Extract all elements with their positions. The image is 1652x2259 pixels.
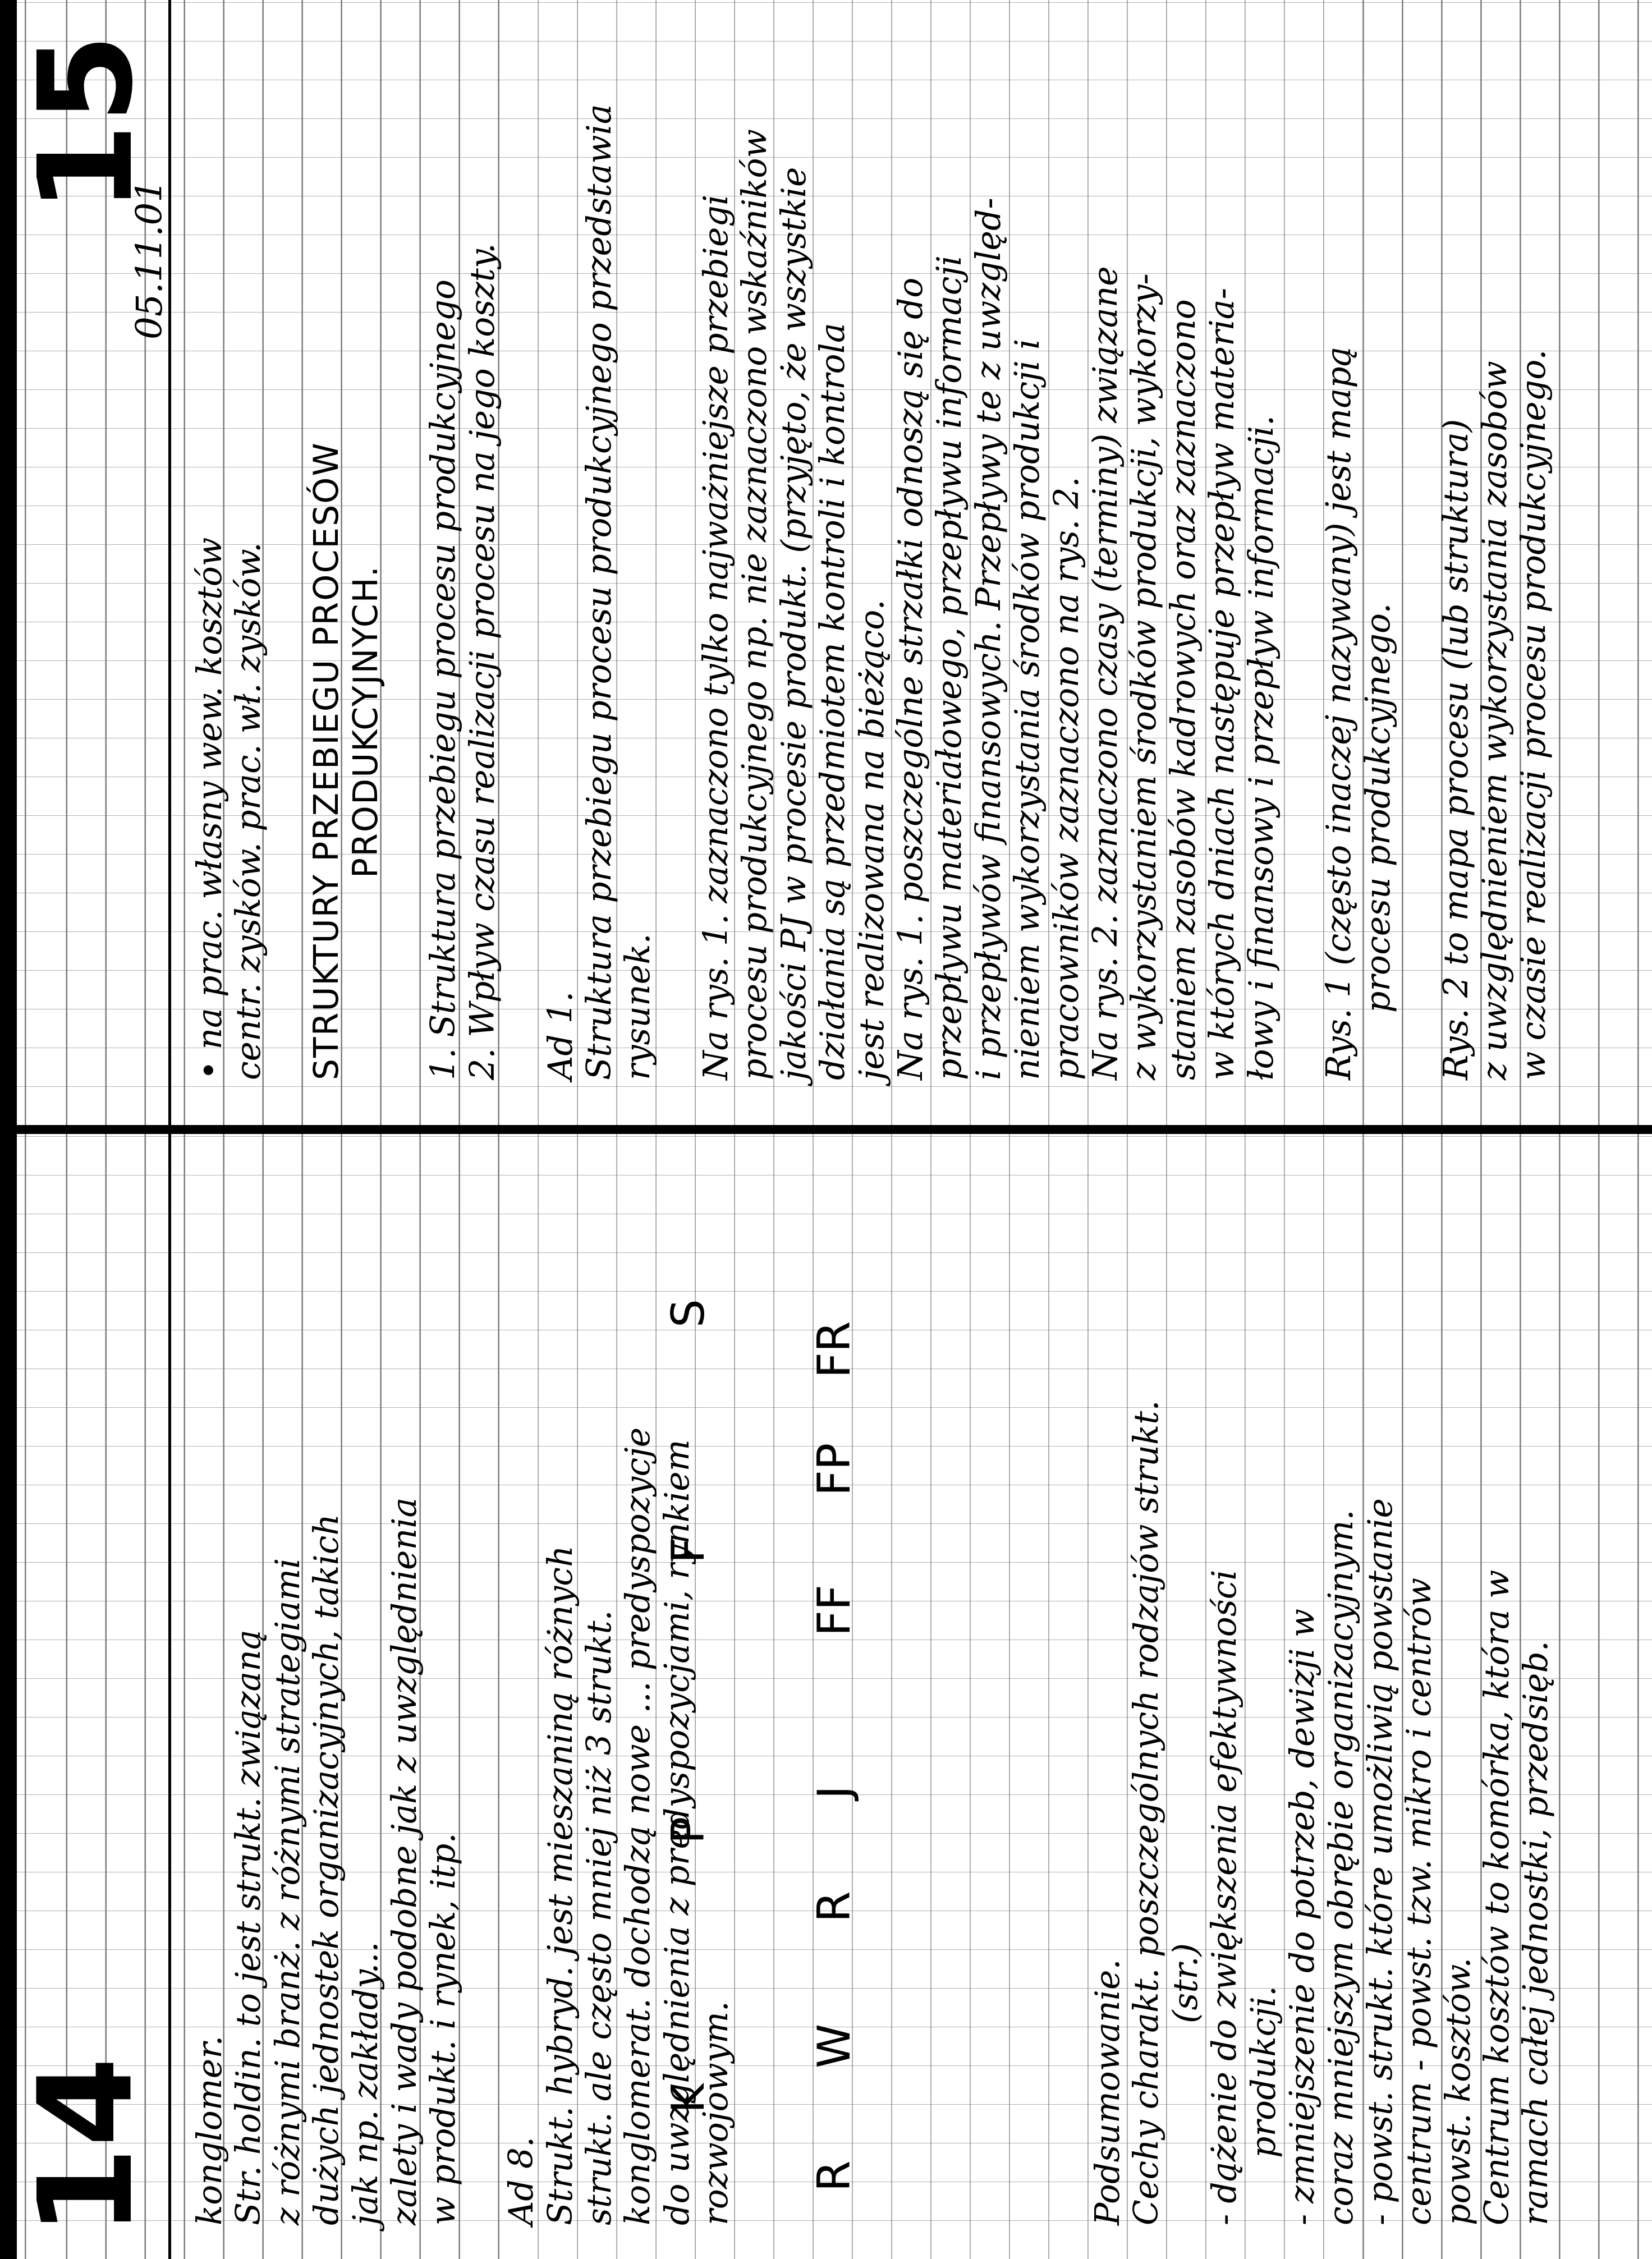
text-line: Rys. 1 (często inaczej nazywany) jest ma… — [1320, 104, 1359, 1080]
text-line: w produkt. i rynek, itp. — [424, 1427, 463, 2225]
text-line: Na rys. 1. poszczególne strzałki odnoszą… — [892, 104, 930, 1080]
letter: FF — [808, 1585, 860, 1636]
section-title: PRODUKCYJNYCH. — [347, 104, 386, 1080]
text-line: Strukt. hybryd. jest mieszaniną różnych — [542, 1427, 580, 2225]
text-line: z różnymi branż. z różnymi strategiami — [269, 1427, 308, 2225]
header-rule — [168, 1134, 171, 2259]
text-line: i przepływów finansowych. Przepływy te z… — [970, 104, 1008, 1080]
text-line: staniem zasobów kadrowych oraz zaznaczon… — [1164, 104, 1203, 1080]
text-line: centr. zysków. prac. wł. zysków. — [230, 104, 268, 1080]
text-line: z wykorzystaniem środków produkcji, wyko… — [1125, 104, 1164, 1080]
summary-heading: Podsumowanie. — [1089, 1401, 1127, 2225]
text-line: produkcji. — [1245, 1401, 1283, 2225]
letter: FR — [808, 1321, 860, 1378]
text-line: (str.) — [1167, 1401, 1205, 2225]
text-line: - zmniejszenie do potrzeb, dewizji w — [1283, 1401, 1322, 2225]
text-line: łowy i finansowy i przepływ informacji. — [1242, 104, 1281, 1080]
text-line: Na rys. 1. zaznaczono tylko najważniejsz… — [697, 104, 736, 1080]
text-line: jest realizowana na bieżąco. — [853, 104, 892, 1080]
text-line: procesu produkcyjnego np. nie zaznaczono… — [736, 104, 774, 1080]
text-line: jakości PJ w procesie produkt. (przyjęto… — [775, 104, 814, 1080]
text-line: w czasie realizacji procesu produkcyjneg… — [1515, 104, 1553, 1080]
text-line: - powst. strukt. które umożliwią powstan… — [1361, 1401, 1400, 2225]
addendum-label: Ad 8. — [502, 1427, 541, 2225]
letter: P — [662, 1817, 714, 1844]
text-line: dużych jednostek organizacyjnych, takich — [308, 1427, 346, 2225]
section-title: STRUKTURY PRZEBIEGU PROCESÓW — [308, 104, 346, 1080]
letter: F — [662, 1537, 714, 1563]
text-line: powst. kosztów. — [1439, 1401, 1478, 2225]
list-item: 2. Wpływ czasu realizacji procesu na jeg… — [464, 104, 502, 1080]
page-number: 14 — [22, 2057, 152, 2237]
text-line: konglomerat. dochodzą nowe ... predyspoz… — [619, 1427, 658, 2225]
text-line: konglomer. — [191, 1427, 230, 2225]
text-block-main: • na prac. własny wew. kosztów centr. zy… — [191, 104, 1554, 1080]
text-line: Str. holdin. to jest strukt. związaną — [230, 1427, 268, 2225]
letter: R — [808, 2160, 860, 2192]
text-line: coraz mniejszym obrębie organizacyjnym. — [1322, 1401, 1361, 2225]
ad-label: Ad 1. — [542, 104, 580, 1080]
page-14: 14 konglomer. Str. holdin. to jest struk… — [0, 1134, 1652, 2259]
letter: S — [662, 1299, 714, 1328]
text-block-konglomerat: konglomer. Str. holdin. to jest strukt. … — [191, 1427, 736, 2225]
text-block-summary: Podsumowanie. Cechy charakt. poszczególn… — [1089, 1401, 1556, 2225]
letter: FP — [808, 1443, 860, 1496]
text-line: jak np. zakłady... — [347, 1427, 386, 2225]
date: 05.11.01 — [129, 180, 171, 339]
letter: W — [808, 2024, 860, 2068]
text-line: Rys. 2 to mapa procesu (lub struktura) — [1437, 104, 1476, 1080]
text-line: nieniem wykorzystania środków produkcji … — [1008, 104, 1047, 1080]
text-line: z uwzględnieniem wykorzystania zasobów — [1476, 104, 1515, 1080]
binding-gutter — [0, 1125, 1652, 1134]
notebook-spread: 14 konglomer. Str. holdin. to jest struk… — [0, 0, 1652, 2259]
text-line: procesu produkcyjnego. — [1359, 104, 1398, 1080]
text-line: centrum - powst. tzw. mikro i centrów — [1400, 1401, 1439, 2225]
text-line: w których dniach następuje przepływ mate… — [1203, 104, 1242, 1080]
text-line: rysunek. — [619, 104, 658, 1080]
text-line: strukt. ale często mniej niż 3 strukt. — [580, 1427, 619, 2225]
letter: R — [808, 1891, 860, 1922]
text-line: - dążenie do zwiększenia efektywności — [1205, 1401, 1244, 2225]
text-line: przepływu materiałowego, przepływu infor… — [930, 104, 969, 1080]
text-line: działania są przedmiotem kontroli i kont… — [814, 104, 852, 1080]
list-item: 1. Struktura przebiegu procesu produkcyj… — [424, 104, 463, 1080]
header-rule — [168, 0, 171, 1125]
text-line: zalety i wady podobne jak z uwzględnieni… — [386, 1427, 424, 2225]
text-line: pracowników zaznaczono na rys. 2. — [1048, 104, 1086, 1080]
letter: J — [808, 1785, 860, 1799]
text-line: ramach całej jednostki, przedsięb. — [1517, 1401, 1555, 2225]
letter: K — [662, 2084, 714, 2113]
text-line: Struktura przebiegu procesu produkcyjneg… — [580, 104, 619, 1080]
text-line: Na rys. 2. zaznaczono czasy (terminy) zw… — [1086, 104, 1125, 1080]
text-line: Cechy charakt. poszczególnych rodzajów s… — [1127, 1401, 1166, 2225]
page-15: 15 05.11.01 • na prac. własny wew. koszt… — [0, 0, 1652, 1125]
text-line: Centrum kosztów to komórka, która w — [1478, 1401, 1517, 2225]
text-line: • na prac. własny wew. kosztów — [191, 104, 230, 1080]
